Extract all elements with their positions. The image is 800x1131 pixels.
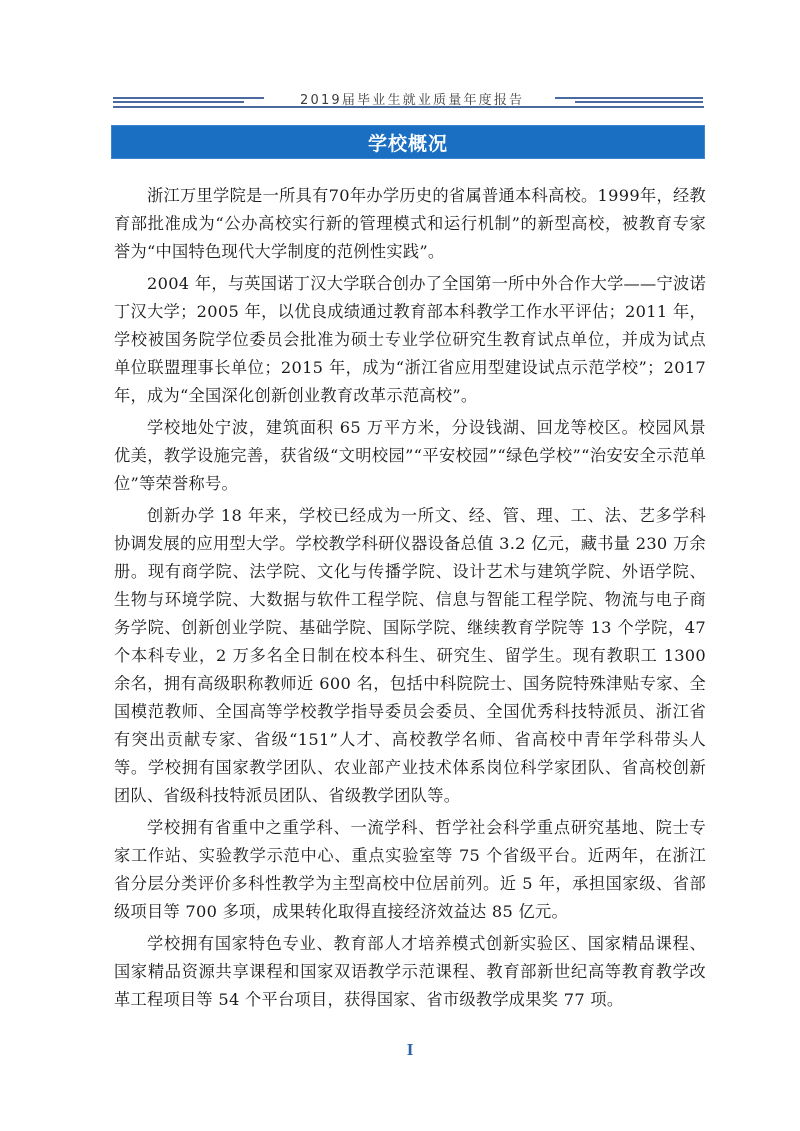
paragraph-intro: 浙江万里学院是一所具有70年办学历史的省属普通本科高校。1999年，经教育部批准…	[114, 182, 706, 266]
body-content: 浙江万里学院是一所具有70年办学历史的省属普通本科高校。1999年，经教育部批准…	[114, 182, 706, 1018]
paragraph-platforms: 学校拥有省重中之重学科、一流学科、哲学社会科学重点研究基地、院士专家工作站、实验…	[114, 814, 706, 926]
paragraph-disciplines: 创新办学 18 年来，学校已经成为一所文、经、管、理、工、法、艺多学科协调发展的…	[114, 502, 706, 810]
header-rule-right-top	[555, 97, 703, 99]
section-title-bar: 学校概况	[111, 125, 705, 159]
report-header-title: 2019届毕业生就业质量年度报告	[300, 89, 520, 108]
header-rule-right-mid	[575, 101, 703, 103]
paragraph-history: 2004 年，与英国诺丁汉大学联合创办了全国第一所中外合作大学——宁波诺丁汉大学…	[114, 270, 706, 410]
header-rule-left-top	[113, 97, 264, 99]
section-title: 学校概况	[368, 129, 448, 156]
header-rule-left-mid	[113, 101, 244, 103]
paragraph-achievements: 学校拥有国家特色专业、教育部人才培养模式创新实验区、国家精品课程、国家精品资源共…	[114, 930, 706, 1014]
page-number: I	[395, 1040, 425, 1060]
paragraph-campus: 学校地处宁波，建筑面积 65 万平方米，分设钱湖、回龙等校区。校园风景优美，教学…	[114, 414, 706, 498]
